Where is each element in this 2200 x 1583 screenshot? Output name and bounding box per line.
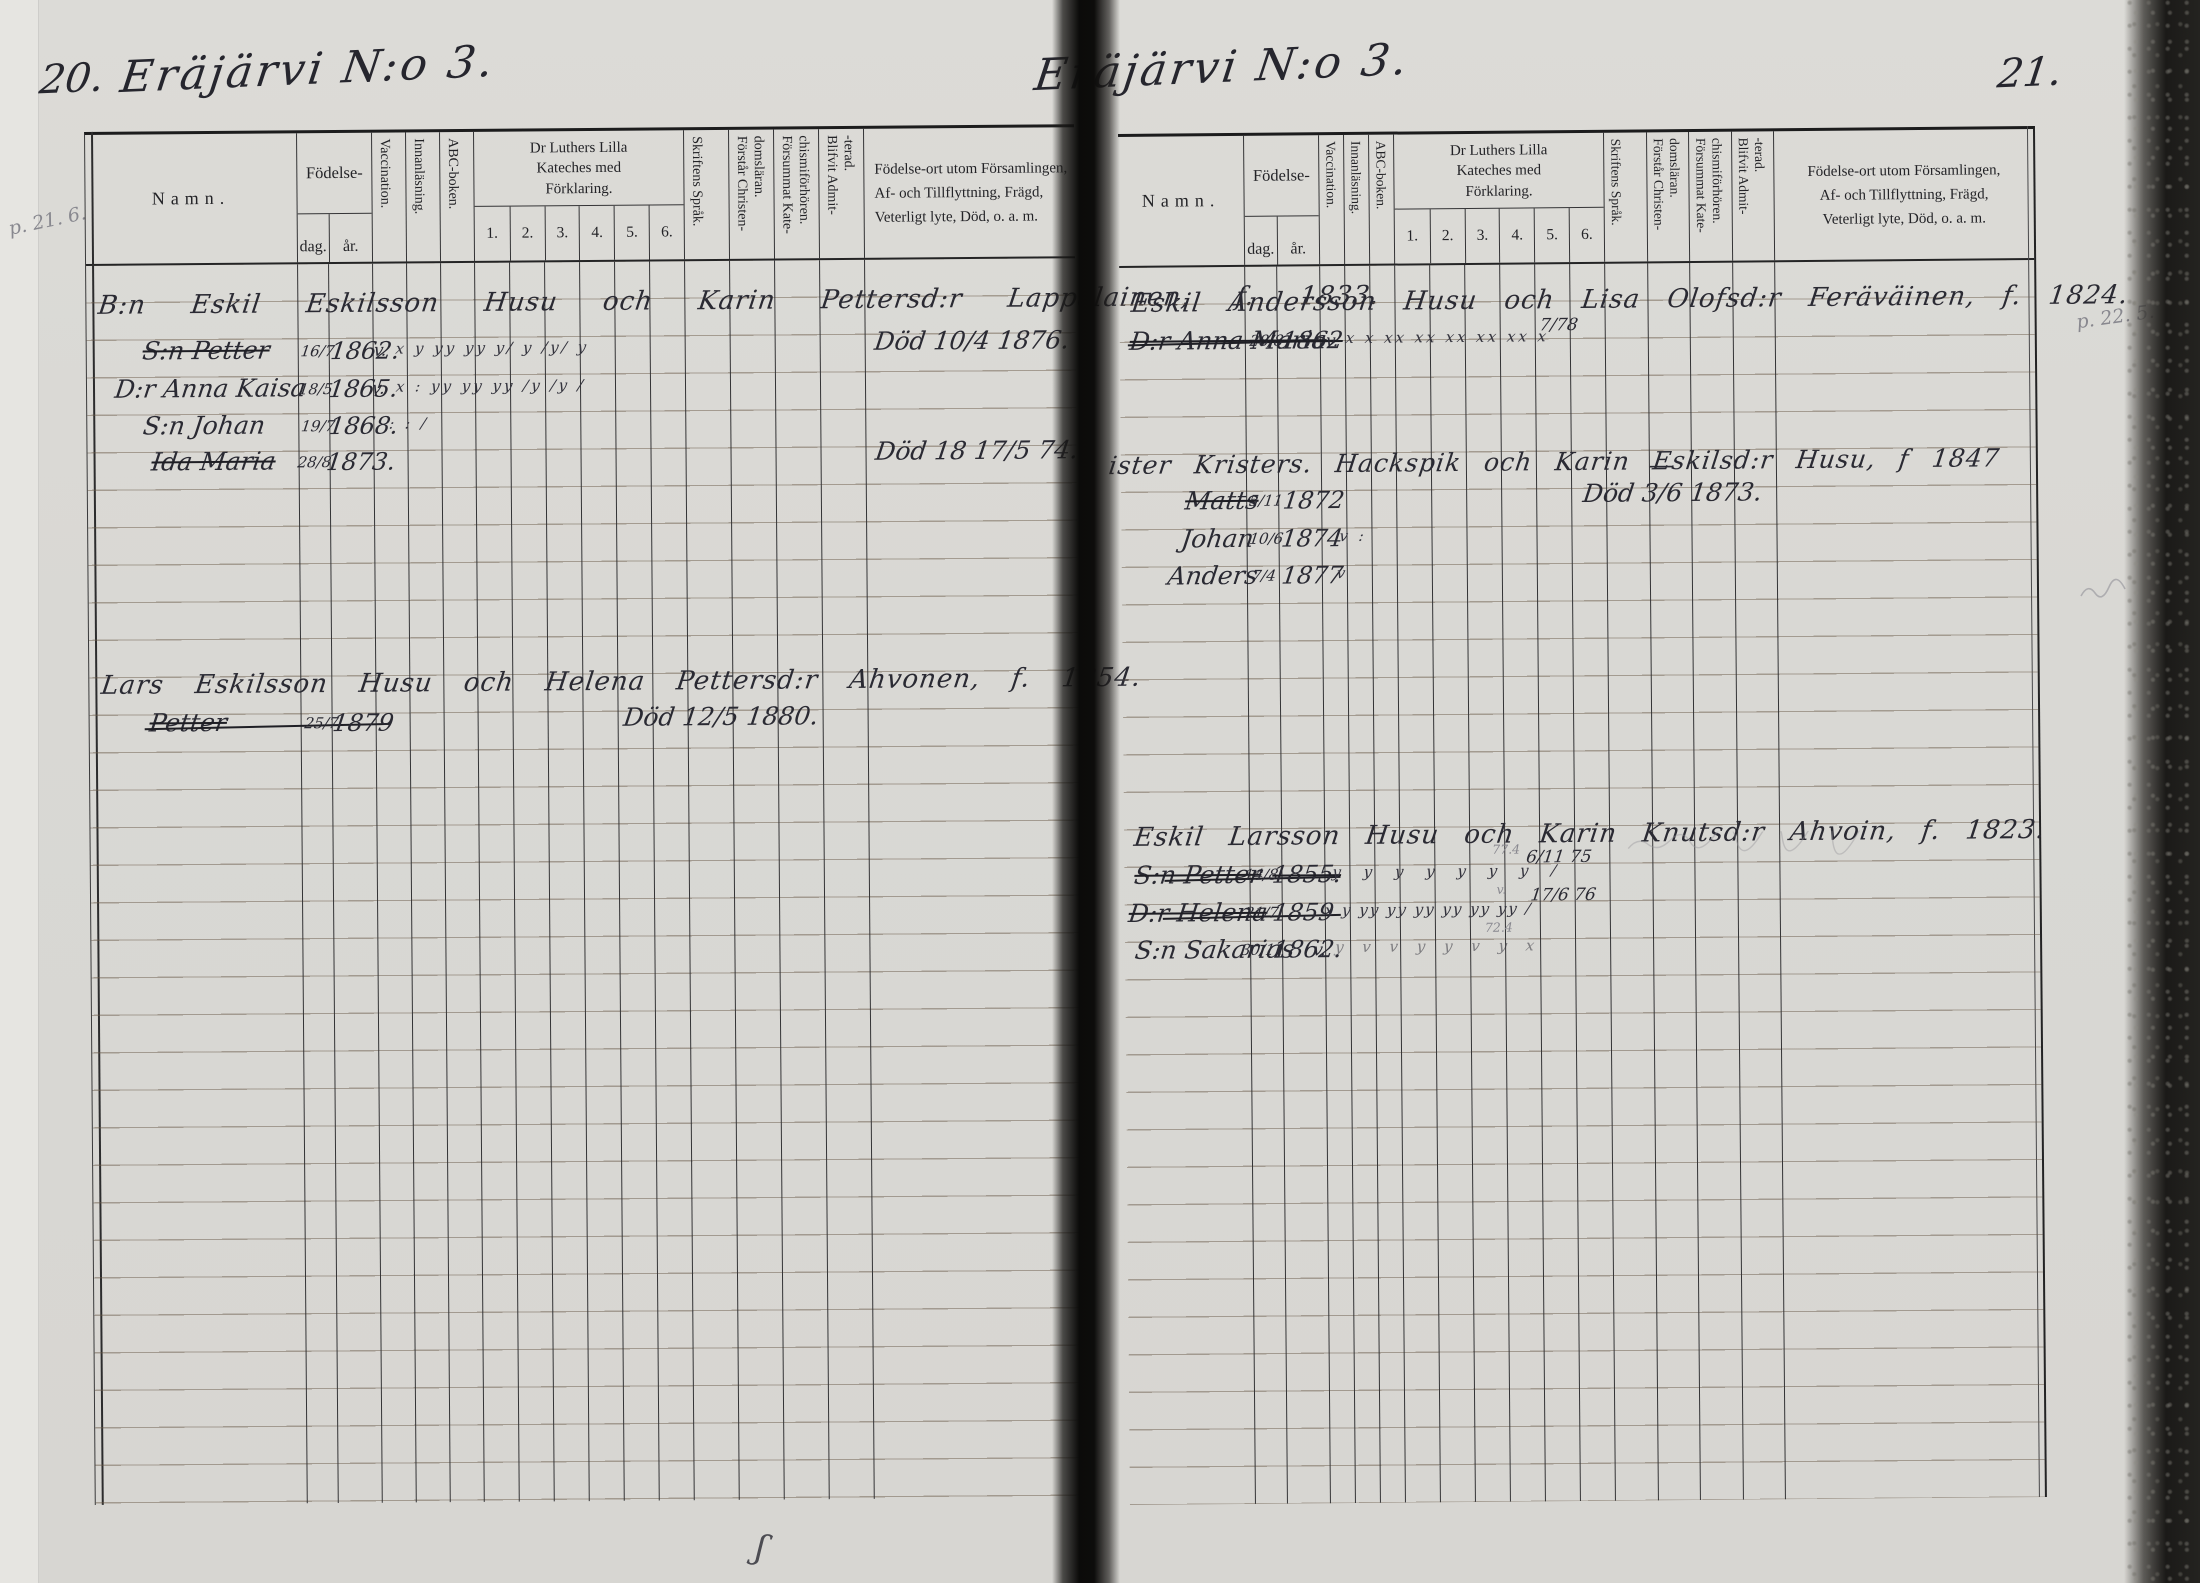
- pencil-note: v.: [1497, 882, 1507, 897]
- vaccination-mark: v.: [372, 341, 388, 361]
- left-page-title: Eräjärvi N:o 3.: [117, 36, 499, 103]
- child-name: Petter: [148, 708, 229, 738]
- column-fodelse: Födelse- dag. år.: [296, 133, 372, 263]
- column-innanlasning: Innanläsning.: [1343, 135, 1369, 264]
- admitted-date: 17/6 76: [1529, 885, 1597, 906]
- column-dag: dag.: [298, 214, 329, 262]
- faint-pencil-note: [1624, 830, 1904, 856]
- birth-year: 1877: [1280, 561, 1345, 590]
- kateches-col-5: 5.: [1534, 208, 1569, 262]
- right-register-table: Namn. Födelse- dag. år. Vaccination. Inn…: [1118, 126, 2047, 1505]
- kateches-col-1: 1.: [1395, 209, 1430, 263]
- column-skriftens-sprak: Skriftens Språk.: [683, 130, 729, 259]
- kateches-col-6: 6.: [1569, 208, 1604, 262]
- column-namn: Namn.: [1118, 136, 1244, 266]
- column-forstar-christendomslaran: Förstår Christen- domsläran.: [728, 130, 774, 259]
- child-name: S:n Petter: [141, 336, 272, 366]
- fodelse-label: Födelse-: [297, 133, 372, 214]
- column-forsummat-katechismiforhoren: Försummat Kate- chismiförhören.: [773, 129, 819, 258]
- column-blifvit-admitterad: Blifvit Admit- -terad.: [818, 129, 864, 258]
- margin-pencil-scribble: [2078, 578, 2130, 604]
- column-forsummat-katechismiforhoren: Försummat Kate- chismiförhören.: [1688, 132, 1732, 261]
- birth-day: 10/6: [1248, 530, 1284, 548]
- birth-year: 1872: [1281, 486, 1346, 515]
- kateches-col-3: 3.: [1464, 209, 1499, 263]
- left-page-number: 20.: [37, 55, 107, 104]
- vaccination-mark: v.: [1312, 940, 1328, 960]
- pencil-note: 72.4: [1485, 920, 1513, 935]
- kateches-col-2: 2.: [509, 206, 544, 260]
- death-note: Död 12/5 1880.: [622, 701, 821, 732]
- birth-year: 1862.: [1271, 935, 1343, 964]
- column-remarks: Födelse-ort utom Församlingen, Af- och T…: [863, 127, 1075, 258]
- birth-year: 1862.: [329, 337, 401, 366]
- column-ar: år.: [1276, 216, 1319, 264]
- column-dag: dag.: [1245, 217, 1277, 265]
- left-register-table: Namn. Födelse- dag. år. Vaccination. Inn…: [84, 124, 1085, 1505]
- catechism-marks: v: [1336, 564, 1350, 582]
- kateches-col-4: 4.: [579, 206, 614, 260]
- column-namn: Namn.: [85, 133, 297, 264]
- birth-year: 1874: [1280, 524, 1345, 553]
- catechism-marks: y v v y y v y x: [1334, 936, 1543, 956]
- kateches-col-5: 5.: [614, 206, 649, 260]
- kateches-col-2: 2.: [1429, 209, 1464, 263]
- right-page-number: 21.: [1995, 49, 2065, 98]
- kateches-col-3: 3.: [544, 206, 579, 260]
- kateches-title: Dr Luthers Lilla Kateches med Förklaring…: [474, 130, 684, 206]
- fodelse-label: Födelse-: [1244, 135, 1319, 216]
- catechism-marks: x y yy yy y/ y /y/ y: [395, 338, 591, 358]
- church-book-scan: 20. Eräjärvi N:o 3. p. 21. 6. Namn. Föde…: [0, 0, 2200, 1583]
- catechism-marks: x : yy yy yy /y /y /: [395, 376, 587, 396]
- column-blifvit-admitterad: Blifvit Admit- -terad.: [1731, 131, 1775, 260]
- birth-year: 1873.: [325, 448, 397, 477]
- scan-right-dark-edge: [2124, 0, 2200, 1583]
- book-gutter-shadow: [1052, 0, 1120, 1583]
- catechism-marks: : : /: [388, 414, 430, 432]
- kateches-title: Dr Luthers Lilla Kateches med Förklaring…: [1394, 133, 1604, 209]
- column-ar: år.: [328, 214, 372, 262]
- catechism-marks: v :: [1338, 527, 1368, 545]
- birth-day: 28/8: [1249, 332, 1285, 350]
- right-table-header: Namn. Födelse- dag. år. Vaccination. Inn…: [1118, 129, 2034, 268]
- stray-ink-mark: ʃ: [752, 1527, 769, 1568]
- admitted-date: 7/78: [1538, 315, 1579, 335]
- pencil-note: 77.4: [1492, 842, 1520, 857]
- kateches-col-1: 1.: [475, 207, 510, 261]
- column-abc-boken: ABC-boken.: [439, 132, 474, 261]
- column-kateches: Dr Luthers Lilla Kateches med Förklaring…: [473, 130, 684, 261]
- death-note: Död 18 17/5 74.: [874, 435, 1080, 466]
- column-innanlasning: Innanläsning.: [405, 132, 440, 261]
- column-kateches: Dr Luthers Lilla Kateches med Förklaring…: [1393, 133, 1604, 264]
- left-table-header: Namn. Födelse- dag. år. Vaccination. Inn…: [85, 127, 1075, 266]
- column-remarks: Födelse-ort utom Församlingen, Af- och T…: [1773, 129, 2034, 260]
- column-skriftens-sprak: Skriftens Språk.: [1603, 132, 1647, 261]
- catechism-marks: x y yy yy yy yy yy yy /: [1324, 899, 1534, 919]
- catechism-marks: x x xx xx xx xx xx x: [1345, 327, 1551, 347]
- column-vaccination: Vaccination.: [371, 132, 406, 261]
- child-name: Anders: [1166, 561, 1260, 591]
- column-vaccination: Vaccination.: [1318, 135, 1344, 264]
- kateches-col-6: 6.: [649, 205, 684, 259]
- death-note: Död 3/6 1873.: [1581, 477, 1764, 508]
- column-fodelse: Födelse- dag. år.: [1243, 135, 1319, 265]
- birth-year: 1879: [331, 709, 396, 738]
- dash-mark: —: [1647, 450, 1676, 479]
- vaccination-mark: v.: [1324, 331, 1340, 351]
- child-name: S:n Johan: [141, 411, 267, 441]
- child-name: Johan: [1180, 524, 1256, 554]
- death-note: Död 10/4 1876.: [873, 325, 1072, 356]
- admitted-date: 6/11 75: [1525, 847, 1593, 868]
- kateches-col-4: 4.: [1499, 208, 1534, 262]
- birth-day: 7/4: [1251, 567, 1278, 585]
- column-abc-boken: ABC-boken.: [1368, 135, 1394, 264]
- birth-year: 1865.: [327, 375, 399, 404]
- vaccination-mark: v.: [371, 379, 387, 399]
- child-name: Ida Maria: [150, 446, 278, 476]
- child-name: D:r Anna Kaisa: [113, 373, 308, 404]
- column-forstar-christendomslaran: Förstår Christen- domsläran.: [1646, 132, 1690, 261]
- birth-day: 5/11: [1248, 492, 1284, 510]
